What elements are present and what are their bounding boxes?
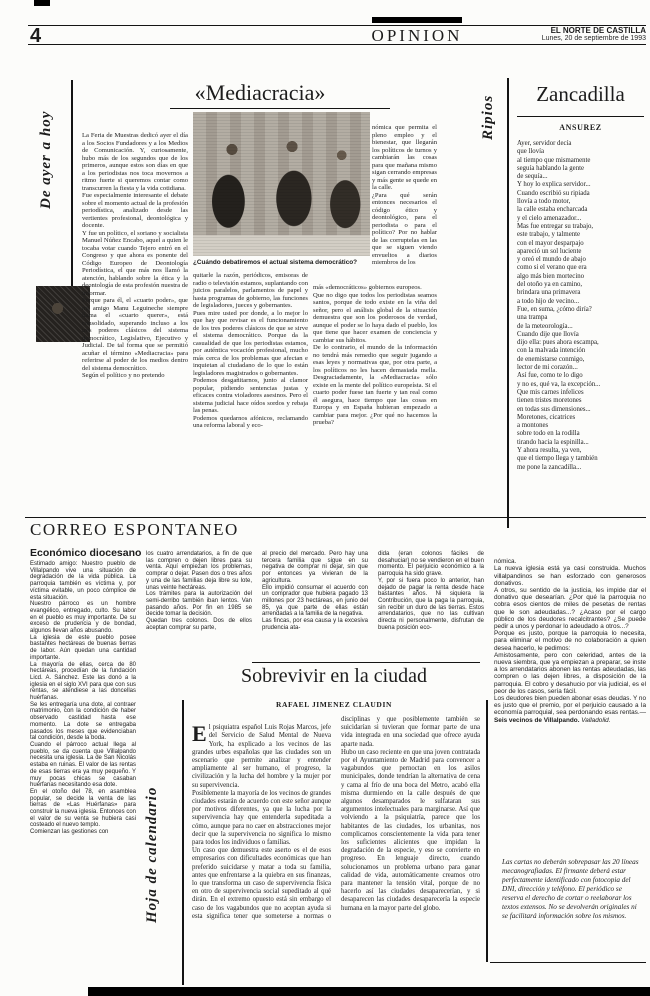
mediacracia-col3-top: nómica que permita el pleno empleo y el … xyxy=(372,124,437,267)
mediacracia-col3-bottom: más «democráticos» gobiernos europeos. Q… xyxy=(313,284,437,427)
photo-grain xyxy=(193,112,370,256)
letter-col4: dida (eran colonos fáciles de desahuciar… xyxy=(378,551,484,631)
letter-col5: nómica. La nueva iglesia está ya casi co… xyxy=(494,551,646,724)
letter-title: Económico diocesano xyxy=(30,547,141,559)
byline-ansurez: ANSUREZ xyxy=(517,123,644,132)
mediacracia-col1: La Feria de Muestras dedicó ayer el día … xyxy=(82,132,188,380)
letter-col1: Estimado amigo: Nuestro pueblo de Villal… xyxy=(30,561,136,836)
opinion-bar xyxy=(372,17,462,23)
sobrevivir-text: l psiquiatra español Luis Rojas Marcos, … xyxy=(192,716,480,920)
kicker-ripios: Ripios xyxy=(480,90,497,145)
sobrevivir-left-rule xyxy=(182,700,184,985)
byline-claudin: RAFAEL JIMENEZ CLAUDIN xyxy=(188,700,480,709)
letter-signature-place: Valladolid. xyxy=(579,717,610,724)
correo-section-title: CORREO ESPONTANEO xyxy=(30,520,239,540)
sobrevivir-body: El psiquiatra español Luis Rojas Marcos,… xyxy=(192,716,480,984)
registration-mark xyxy=(34,0,50,6)
header-rule-bottom xyxy=(28,44,646,45)
headline-zancadilla: Zancadilla xyxy=(515,82,646,107)
sobrevivir-right-rule xyxy=(486,700,488,962)
headline-rule xyxy=(170,108,390,109)
kicker-hoja-de-calendario: Hoja de calendario xyxy=(144,732,161,977)
letter-col2: los cuatro arrendatarios, a fin de que l… xyxy=(146,551,252,631)
drop-cap: E xyxy=(192,724,209,742)
kicker-left-rule xyxy=(71,80,73,288)
letter-signature: Seis vecinos de Villalpando. xyxy=(494,717,579,724)
notice-rule xyxy=(490,962,646,963)
kicker-de-ayer-a-hoy: De ayer a hoy xyxy=(38,84,55,236)
bottom-bar xyxy=(88,987,650,996)
mediacracia-col2: quitarle la razón, periódicos, emisoras … xyxy=(193,272,308,430)
edition-date: Lunes, 20 de septiembre de 1993 xyxy=(460,35,646,42)
poem-text: Ayer, servidor decía que llovía al tiemp… xyxy=(517,140,645,472)
conference-photo xyxy=(193,112,370,256)
headline-mediacracia: «Mediacracia» xyxy=(100,80,420,106)
newspaper-page: 4 OPINION EL NORTE DE CASTILLA Lunes, 20… xyxy=(0,0,650,996)
masthead: EL NORTE DE CASTILLA xyxy=(460,26,646,35)
sobrevivir-top-rule xyxy=(252,662,480,663)
letters-notice: Las cartas no deberán sobrepasar las 20 … xyxy=(502,858,644,921)
letter-col3: al precio del mercado. Pero hay una terc… xyxy=(262,551,368,631)
letter-col5-text: nómica. La nueva iglesia está ya casi co… xyxy=(494,558,646,716)
photo-caption: ¿Cuándo debatiremos el actual sistema de… xyxy=(193,259,443,266)
zancadilla-divider-rule xyxy=(507,78,509,528)
zancadilla-rule xyxy=(517,116,644,117)
correo-rule-top xyxy=(25,517,646,518)
headline-sobrevivir: Sobrevivir en la ciudad xyxy=(188,665,480,688)
